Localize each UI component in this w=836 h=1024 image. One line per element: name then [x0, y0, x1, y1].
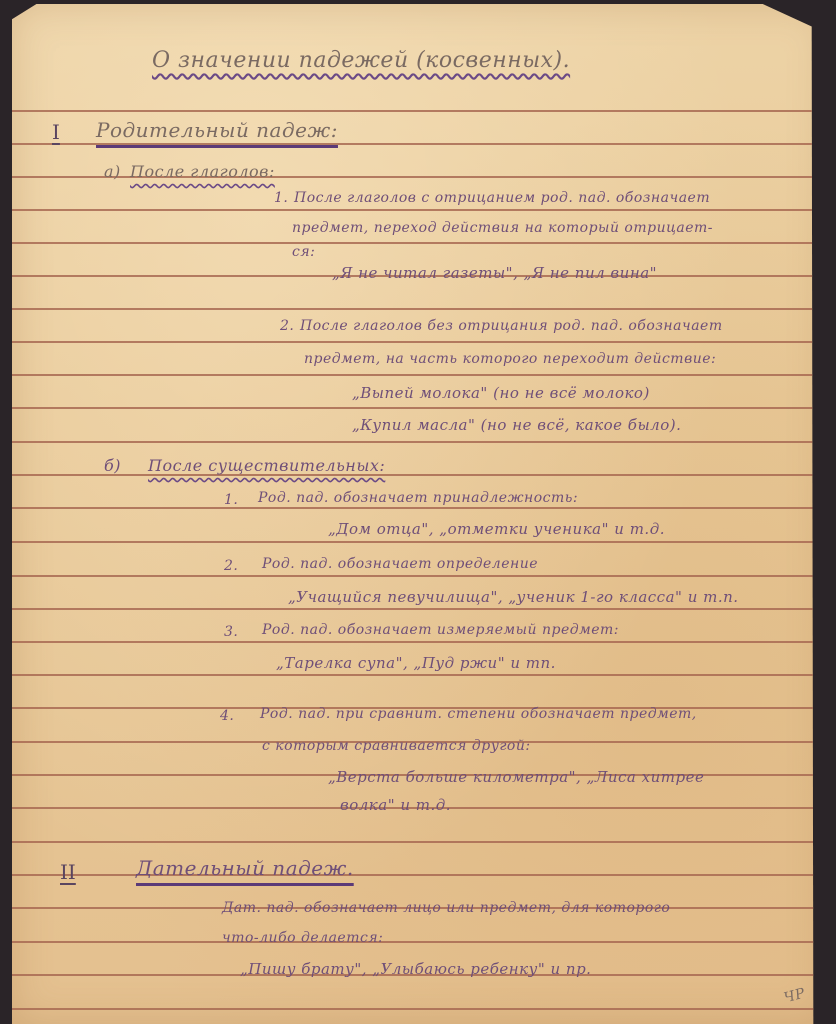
ruled-line: [12, 143, 828, 145]
section-numeral: II: [60, 860, 76, 884]
page-title: О значении падежей (косвенных).: [152, 48, 570, 73]
subsection-marker: а): [104, 162, 121, 181]
example: „Тарелка супа", „Пуд ржи" и тп.: [276, 654, 556, 672]
example: „Учащийся певучилища", „ученик 1-го клас…: [288, 588, 739, 606]
item-number: 2.: [224, 558, 238, 574]
ruled-line: [12, 608, 828, 610]
item-line: предмет, на часть которого переходит дей…: [304, 351, 716, 367]
notebook-page: О значении падежей (косвенных). I Родите…: [12, 4, 828, 1024]
item-line: Род. пад. при сравнит. степени обозначае…: [260, 706, 697, 722]
example: „Купил масла" (но не всё, какое было).: [352, 416, 681, 434]
item-number: 2.: [280, 318, 294, 334]
item-line: После глаголов с отрицанием род. пад. об…: [294, 190, 710, 206]
ruled-line: [12, 242, 828, 244]
ruled-line: [12, 374, 828, 376]
section-line: что-либо делается:: [222, 930, 383, 946]
ruled-line: [12, 841, 828, 843]
corner-mark: ЧР: [782, 986, 807, 1007]
example: „Пишу брату", „Улыбаюсь ребенку" и пр.: [240, 960, 591, 978]
ruled-line: [12, 541, 828, 543]
section-heading: Родительный падеж:: [96, 118, 338, 142]
ruled-line: [12, 407, 828, 409]
ruled-line: [12, 941, 828, 943]
ruled-line: [12, 874, 828, 876]
ruled-line: [12, 507, 828, 509]
example: „Я не читал газеты", „Я не пил вина": [332, 264, 657, 282]
subsection-marker: б): [104, 456, 121, 475]
item-line: Род. пад. обозначает принадлежность:: [258, 490, 578, 506]
item-number: 1.: [274, 190, 288, 206]
ruled-line: [12, 110, 828, 112]
item-number: 3.: [224, 624, 238, 640]
subsection-heading: После существительных:: [148, 456, 385, 475]
example: волка" и т.д.: [340, 796, 451, 814]
section-numeral: I: [52, 120, 60, 144]
subsection-heading: После глаголов:: [130, 162, 275, 181]
section-heading: Дательный падеж.: [136, 856, 354, 880]
ruled-line: [12, 575, 828, 577]
item-line: Род. пад. обозначает определение: [262, 556, 538, 572]
example: „Дом отца", „отметки ученика" и т.д.: [328, 520, 665, 538]
example: „Верста больше километра", „Лиса хитрее: [328, 768, 704, 786]
ruled-line: [12, 641, 828, 643]
item-line: предмет, переход действия на который отр…: [292, 220, 713, 236]
ruled-line: [12, 474, 828, 476]
ruled-line: [12, 674, 828, 676]
section-line: Дат. пад. обозначает лицо или предмет, д…: [222, 900, 670, 916]
item-number: 1.: [224, 492, 238, 508]
item-line: Род. пад. обозначает измеряемый предмет:: [262, 622, 619, 638]
item-line: с которым сравнивается другой:: [262, 738, 531, 754]
ruled-line: [12, 209, 828, 211]
item-line: ся:: [292, 244, 315, 260]
example: „Выпей молока" (но не всё молоко): [352, 384, 650, 402]
item-line: После глаголов без отрицания род. пад. о…: [300, 318, 723, 334]
ruled-line: [12, 1008, 828, 1010]
ruled-line: [12, 341, 828, 343]
ruled-line: [12, 308, 828, 310]
item-number: 4.: [220, 708, 234, 724]
ruled-line: [12, 441, 828, 443]
